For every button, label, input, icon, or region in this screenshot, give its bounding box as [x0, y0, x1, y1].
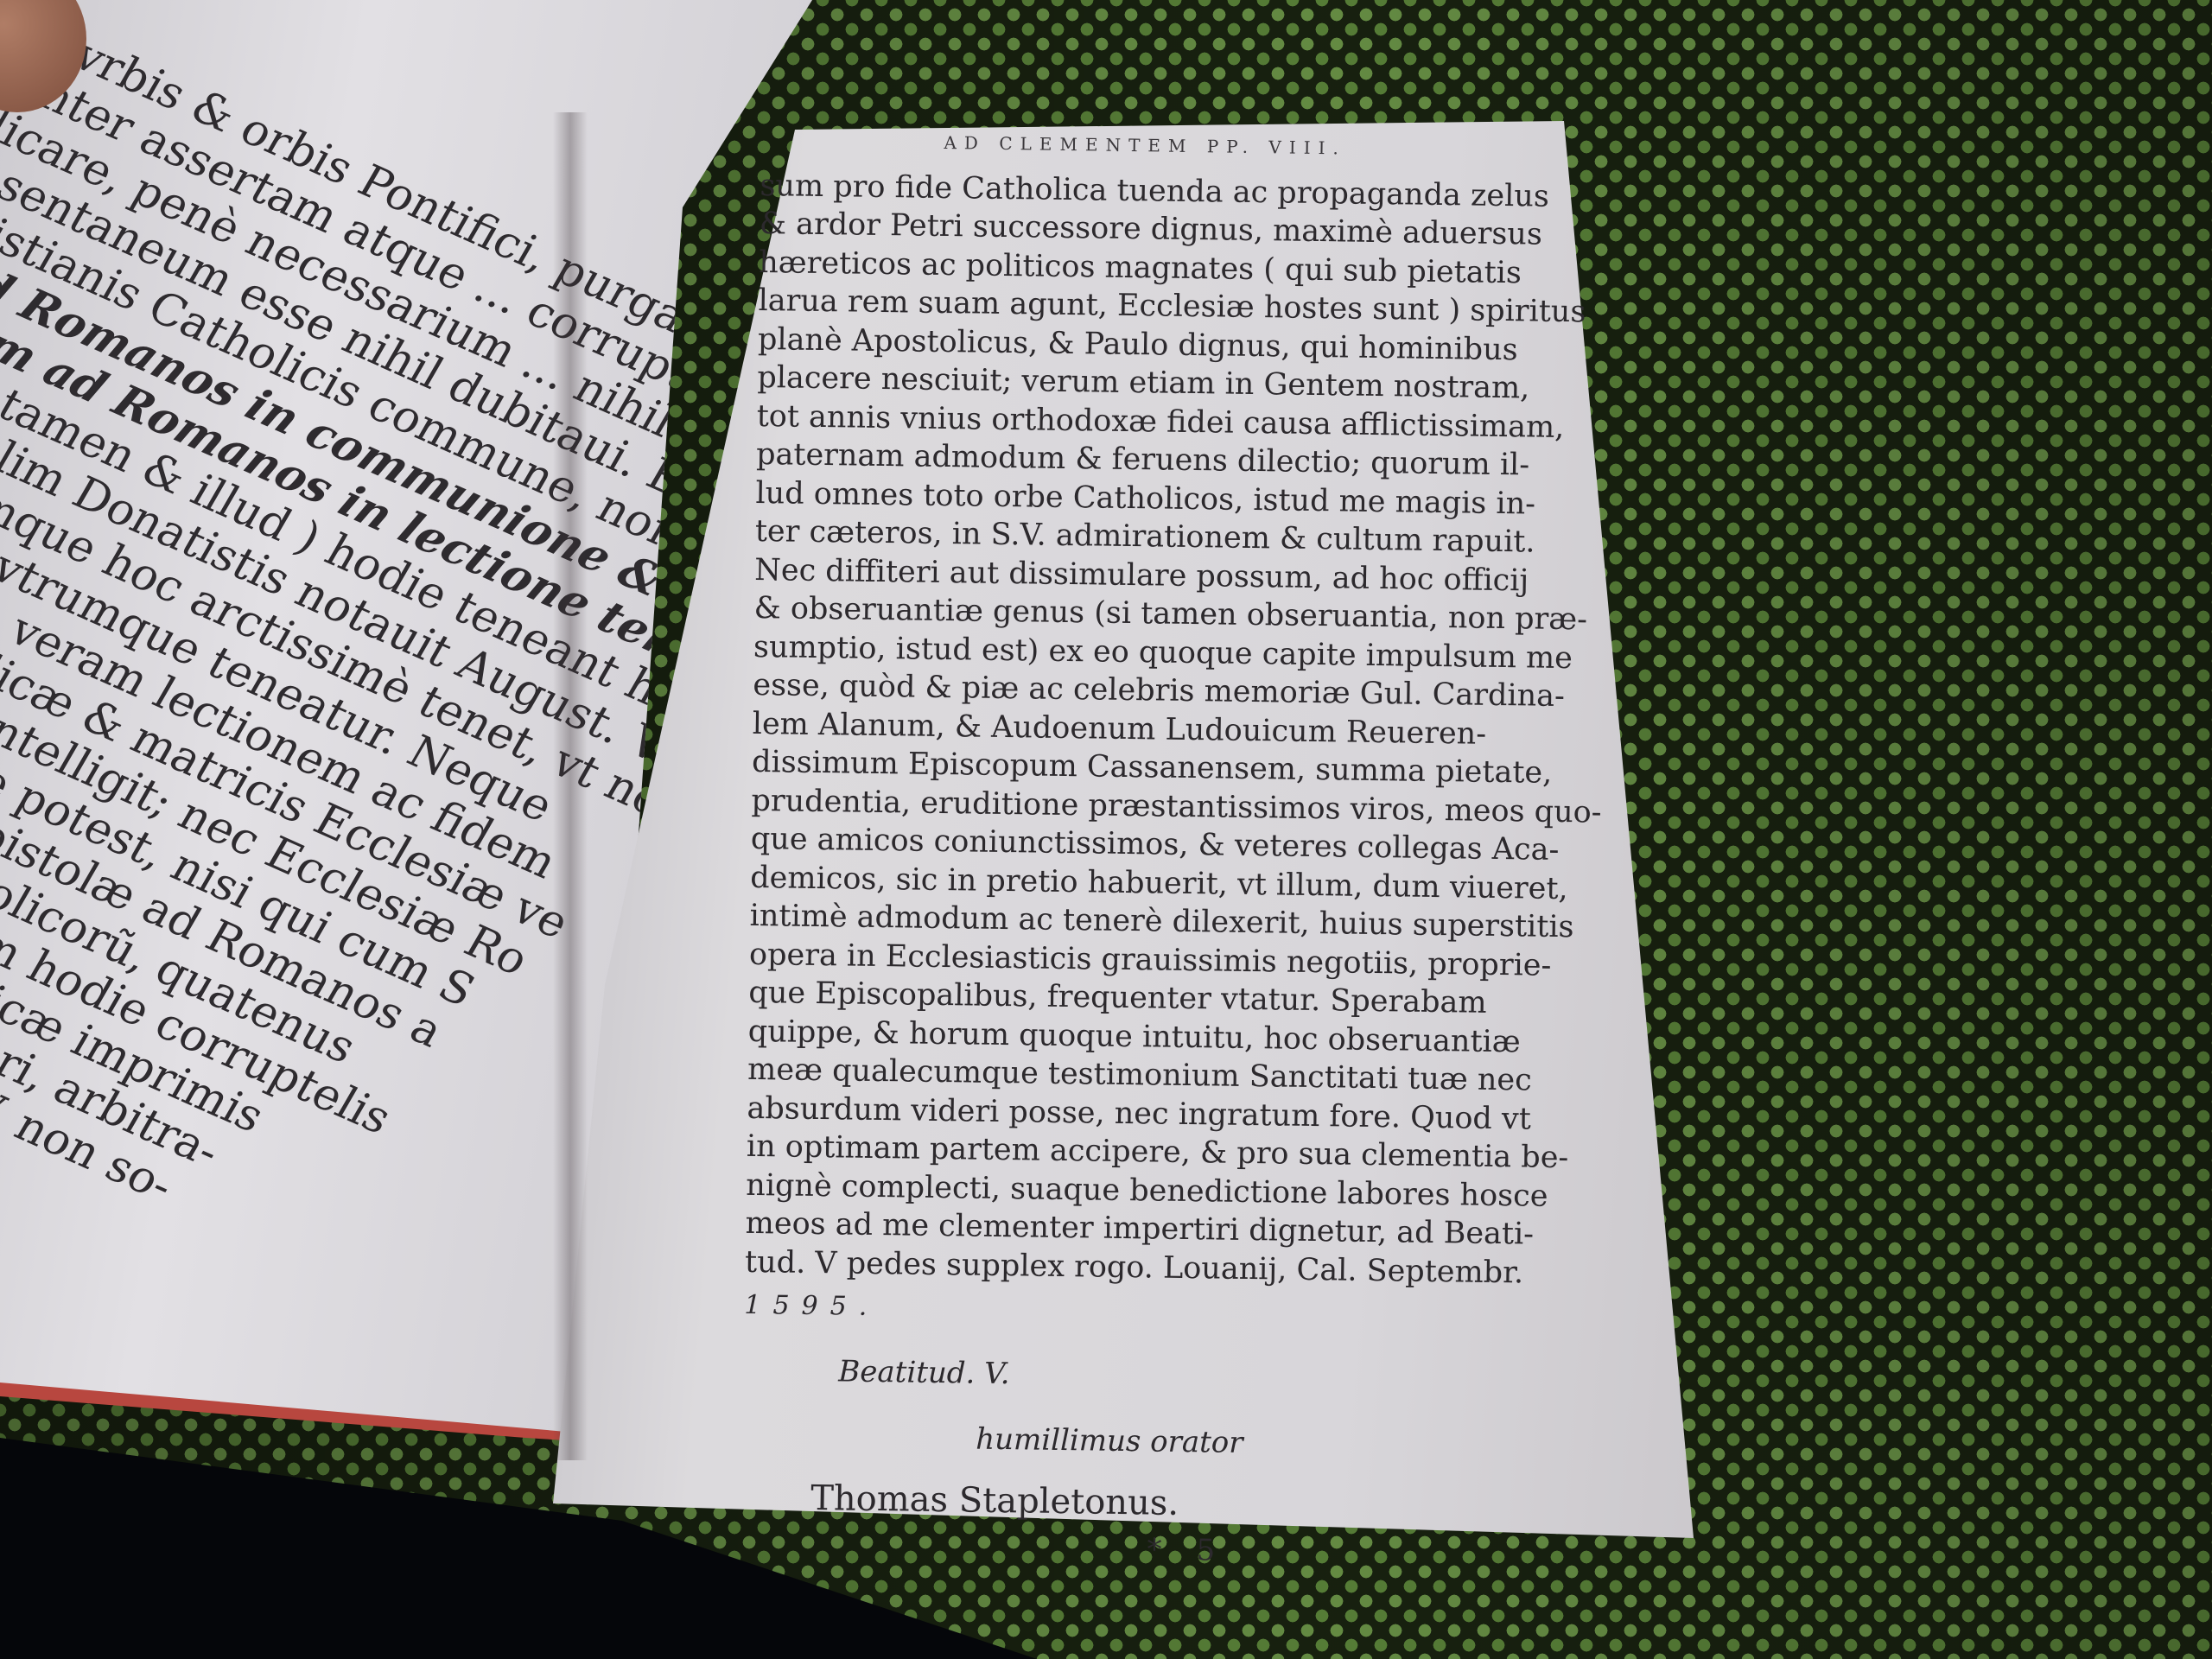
- open-book: vanæ vrbis & orbis Pontifici, purgata di…: [0, 0, 1728, 1555]
- right-page-text: AD CLEMENTEM PP. VIII. sum pro fide Cath…: [741, 154, 1478, 1573]
- signature: Thomas Stapletonus.: [810, 1478, 1459, 1526]
- book-gutter: [553, 112, 588, 1460]
- year: 1595.: [744, 1287, 1462, 1335]
- asterisk-mark: *: [1147, 1532, 1197, 1567]
- running-head: AD CLEMENTEM PP. VIII.: [812, 122, 1478, 169]
- page-signature: 5: [1196, 1533, 1249, 1568]
- closing-salutation: Beatitud. V.: [838, 1352, 1461, 1400]
- page-signature-marks: *5: [1147, 1530, 1459, 1573]
- closing-title: humillimus orator: [976, 1421, 1460, 1465]
